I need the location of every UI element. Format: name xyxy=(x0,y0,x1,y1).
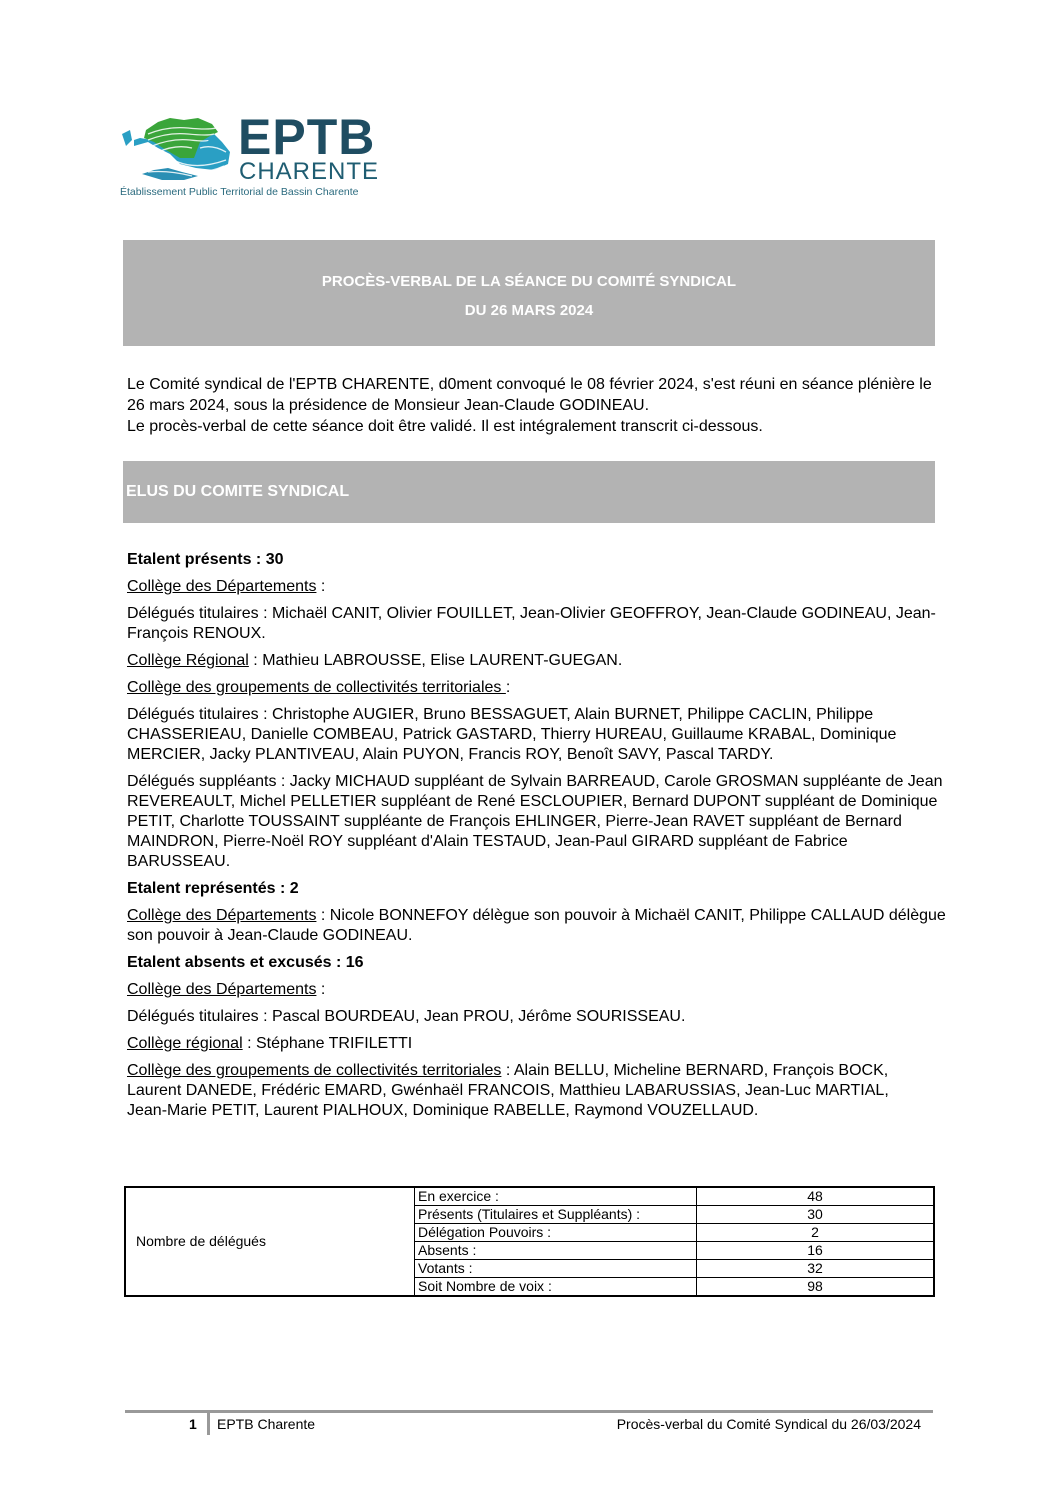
members-section: Etalent présents : 30 Collège des Départ… xyxy=(127,550,947,1128)
college-label: Collège des Départements xyxy=(127,981,316,998)
footer-organization: EPTB Charente xyxy=(217,1416,315,1432)
table-cell-value: 98 xyxy=(697,1278,935,1297)
document-title: PROCÈS-VERBAL DE LA SÉANCE DU COMITÉ SYN… xyxy=(123,273,935,290)
eptb-logo: EPTB CHARENTE Établissement Public Terri… xyxy=(118,108,388,203)
college-label: Collège Régional xyxy=(127,652,249,669)
table-cell-value: 32 xyxy=(697,1260,935,1278)
absents-heading: Etalent absents et excusés : 16 xyxy=(127,953,947,973)
table-cell-value: 30 xyxy=(697,1206,935,1224)
presents-college-groupements: Collège des groupements de collectivités… xyxy=(127,678,947,698)
section-title: ELUS DU COMITE SYNDICAL xyxy=(126,483,349,501)
college-label: Collège régional xyxy=(127,1035,243,1052)
college-label: Collège des Départements xyxy=(127,907,316,924)
footer-separator xyxy=(207,1413,210,1435)
table-cell-label: Votants : xyxy=(415,1260,697,1278)
footer-document-title: Procès-verbal du Comité Syndical du 26/0… xyxy=(617,1416,921,1432)
table-cell-label: Présents (Titulaires et Suppléants) : xyxy=(415,1206,697,1224)
groupements-members-cont: Laurent DANEDE, Frédéric EMARD, Gwénhaël… xyxy=(127,1082,889,1119)
table-cell-label: En exercice : xyxy=(415,1187,697,1206)
groupements-members: : Alain BELLU, Micheline BERNARD, Franço… xyxy=(501,1062,888,1079)
table-cell-label: Délégation Pouvoirs : xyxy=(415,1224,697,1242)
absents-departements-titulaires: Délégués titulaires : Pascal BOURDEAU, J… xyxy=(127,1007,947,1027)
table-cell-value: 48 xyxy=(697,1187,935,1206)
document-page: EPTB CHARENTE Établissement Public Terri… xyxy=(0,0,1058,1497)
presents-college-regional: Collège Régional : Mathieu LABROUSSE, El… xyxy=(127,651,947,671)
table-cell-value: 16 xyxy=(697,1242,935,1260)
page-number: 1 xyxy=(189,1416,197,1432)
presents-groupements-titulaires: Délégués titulaires : Christophe AUGIER,… xyxy=(127,705,947,765)
logo-charente-text: CHARENTE xyxy=(239,160,379,184)
table-cell-label: Absents : xyxy=(415,1242,697,1260)
presents-college-departements: Collège des Départements : xyxy=(127,577,947,597)
intro-validation: Le procès-verbal de cette séance doit êt… xyxy=(127,416,942,437)
row-group-label: Nombre de délégués xyxy=(125,1187,415,1296)
table-cell-label: Soit Nombre de voix : xyxy=(415,1278,697,1297)
document-title-band: PROCÈS-VERBAL DE LA SÉANCE DU COMITÉ SYN… xyxy=(123,240,935,346)
representes-text: Collège des Départements : Nicole BONNEF… xyxy=(127,906,947,946)
logo-eptb-text: EPTB xyxy=(238,112,375,162)
college-label: Collège des Départements xyxy=(127,578,316,595)
logo-tagline: Établissement Public Territorial de Bass… xyxy=(120,186,359,198)
regional-members: : Stéphane TRIFILETTI xyxy=(243,1035,413,1052)
presents-departements-titulaires: Délégués titulaires : Michaël CANIT, Oli… xyxy=(127,604,947,644)
intro-convocation: Le Comité syndical de l'EPTB CHARENTE, d… xyxy=(127,374,942,416)
delegates-count-table: Nombre de déléguésEn exercice :48Présent… xyxy=(124,1186,935,1297)
intro-paragraph: Le Comité syndical de l'EPTB CHARENTE, d… xyxy=(127,374,942,437)
presents-groupements-suppleants: Délégués suppléants : Jacky MICHAUD supp… xyxy=(127,772,947,872)
table-cell-value: 2 xyxy=(697,1224,935,1242)
charente-basin-map-icon xyxy=(118,112,236,182)
table-row: Nombre de déléguésEn exercice :48 xyxy=(125,1187,934,1206)
absents-college-groupements: Collège des groupements de collectivités… xyxy=(127,1061,917,1121)
section-band: ELUS DU COMITE SYNDICAL xyxy=(123,461,935,523)
regional-members: : Mathieu LABROUSSE, Elise LAURENT-GUEGA… xyxy=(249,652,622,669)
document-date: DU 26 MARS 2024 xyxy=(123,302,935,319)
page-footer: 1 EPTB Charente Procès-verbal du Comité … xyxy=(125,1413,933,1435)
college-label: Collège des groupements de collectivités… xyxy=(127,1062,501,1079)
college-label: Collège des groupements de collectivités… xyxy=(127,679,506,696)
absents-college-regional: Collège régional : Stéphane TRIFILETTI xyxy=(127,1034,947,1054)
presents-heading: Etalent présents : 30 xyxy=(127,550,947,570)
representes-heading: Etalent représentés : 2 xyxy=(127,879,947,899)
absents-college-departements: Collège des Départements : xyxy=(127,980,947,1000)
